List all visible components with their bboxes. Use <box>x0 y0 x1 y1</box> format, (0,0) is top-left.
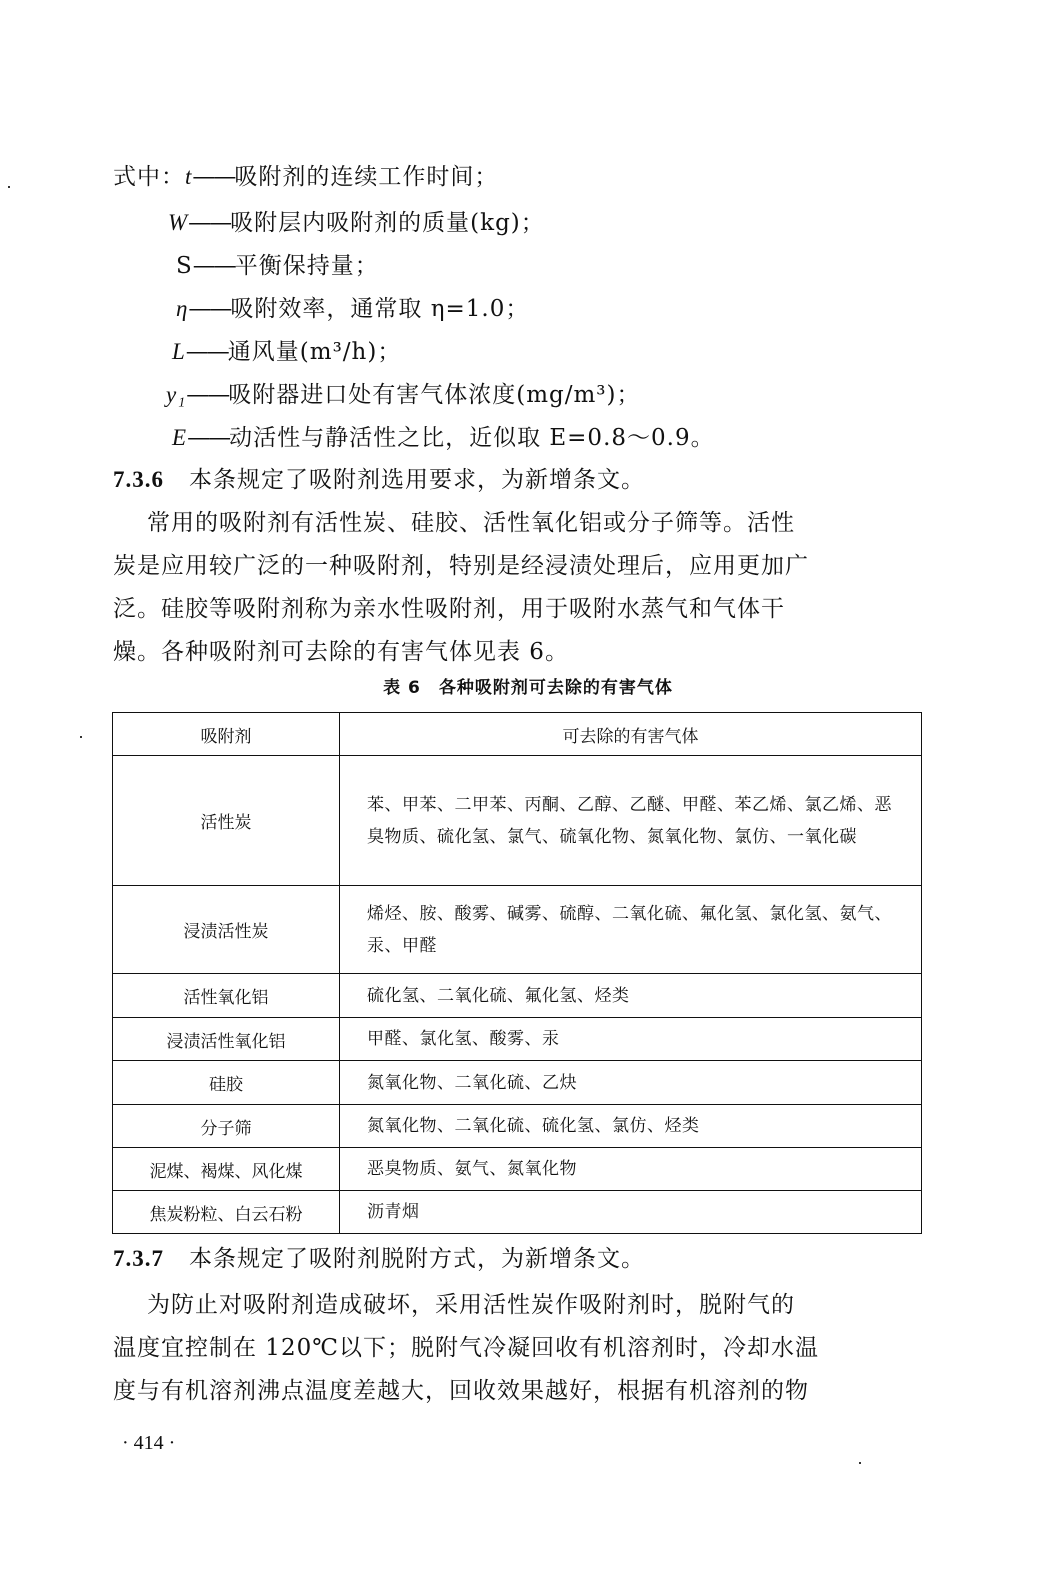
symbol-y1: y₁ <box>166 382 186 407</box>
adsorbent-table: 吸附剂 可去除的有害气体 活性炭 苯、甲苯、二甲苯、丙酮、乙醇、乙醚、甲醛、苯乙… <box>112 712 922 1234</box>
section-number: 7.3.6 <box>113 467 164 492</box>
dash: —— <box>192 164 234 190</box>
symbol-s: S <box>176 253 193 279</box>
formula-note-y1: y₁——吸附器进口处有害气体浓度(mg/m³)； <box>166 380 640 410</box>
table-row: 活性炭 苯、甲苯、二甲苯、丙酮、乙醇、乙醚、甲醛、苯乙烯、氯乙烯、恶臭物质、硫化… <box>113 756 922 886</box>
cell-adsorbent: 分子筛 <box>113 1105 340 1148</box>
section-number: 7.3.7 <box>113 1246 164 1271</box>
cell-gases: 苯、甲苯、二甲苯、丙酮、乙醇、乙醚、甲醛、苯乙烯、氯乙烯、恶臭物质、硫化氢、氯气… <box>340 756 922 886</box>
cell-adsorbent: 活性氧化铝 <box>113 974 340 1018</box>
table-header-row: 吸附剂 可去除的有害气体 <box>113 713 922 756</box>
desc-e: 动活性与静活性之比，近似取 E=0.8～0.9。 <box>229 425 715 451</box>
dash: —— <box>188 296 230 322</box>
desc-s: 平衡保持量； <box>235 253 379 279</box>
cell-gases: 甲醛、氯化氢、酸雾、汞 <box>340 1018 922 1061</box>
table-caption: 表 6 各种吸附剂可去除的有害气体 <box>0 673 1056 698</box>
desc-y1: 吸附器进口处有害气体浓度(mg/m³)； <box>228 382 640 408</box>
desc-t: 吸附剂的连续工作时间； <box>234 164 498 190</box>
symbol-w: W <box>168 210 188 235</box>
scan-speck <box>80 736 82 738</box>
dash: —— <box>186 339 228 365</box>
dash: —— <box>187 425 229 451</box>
cell-adsorbent: 浸渍活性氧化铝 <box>113 1018 340 1061</box>
formula-note-w: W——吸附层内吸附剂的质量(kg)； <box>168 208 545 238</box>
cell-gases: 烯烃、胺、酸雾、碱雾、硫醇、二氧化硫、氟化氢、氯化氢、氨气、汞、甲醛 <box>340 886 922 974</box>
cell-gases: 硫化氢、二氧化硫、氟化氢、烃类 <box>340 974 922 1018</box>
dash: —— <box>186 382 228 408</box>
cell-gases: 氮氧化物、二氧化硫、乙炔 <box>340 1061 922 1105</box>
cell-adsorbent: 焦炭粉粒、白云石粉 <box>113 1191 340 1234</box>
formula-note-e: E——动活性与静活性之比，近似取 E=0.8～0.9。 <box>172 423 715 453</box>
section-heading-736: 7.3.6 本条规定了吸附剂选用要求，为新增条文。 <box>113 465 645 495</box>
header-gases: 可去除的有害气体 <box>340 713 922 756</box>
table-row: 分子筛 氮氧化物、二氧化硫、硫化氢、氯仿、烃类 <box>113 1105 922 1148</box>
section-title: 本条规定了吸附剂脱附方式，为新增条文。 <box>189 1246 645 1272</box>
table-row: 泥煤、褐煤、风化煤 恶臭物质、氨气、氮氧化物 <box>113 1148 922 1191</box>
table-row: 浸渍活性炭 烯烃、胺、酸雾、碱雾、硫醇、二氧化硫、氟化氢、氯化氢、氨气、汞、甲醛 <box>113 886 922 974</box>
dash: —— <box>188 210 230 236</box>
cell-adsorbent: 泥煤、褐煤、风化煤 <box>113 1148 340 1191</box>
cell-gases: 恶臭物质、氨气、氮氧化物 <box>340 1148 922 1191</box>
paragraph-line: 为防止对吸附剂造成破坏，采用活性炭作吸附剂时，脱附气的 <box>147 1290 795 1320</box>
paragraph-line: 炭是应用较广泛的一种吸附剂，特别是经浸渍处理后，应用更加广 <box>113 551 809 581</box>
section-title: 本条规定了吸附剂选用要求，为新增条文。 <box>189 467 645 493</box>
symbol-eta: η <box>176 296 188 321</box>
scan-speck <box>8 186 10 188</box>
dash: —— <box>193 253 235 279</box>
page-number: · 414 · <box>122 1432 175 1455</box>
table-row: 活性氧化铝 硫化氢、二氧化硫、氟化氢、烃类 <box>113 974 922 1018</box>
paragraph-line: 泛。硅胶等吸附剂称为亲水性吸附剂，用于吸附水蒸气和气体干 <box>113 594 785 624</box>
cell-adsorbent: 硅胶 <box>113 1061 340 1105</box>
formula-intro: 式中： <box>113 164 185 190</box>
cell-gases: 氮氧化物、二氧化硫、硫化氢、氯仿、烃类 <box>340 1105 922 1148</box>
paragraph-line: 温度宜控制在 120℃以下；脱附气冷凝回收有机溶剂时，冷却水温 <box>113 1333 819 1363</box>
symbol-l: L <box>172 339 186 364</box>
header-adsorbent: 吸附剂 <box>113 713 340 756</box>
table-row: 硅胶 氮氧化物、二氧化硫、乙炔 <box>113 1061 922 1105</box>
paragraph-line: 燥。各种吸附剂可去除的有害气体见表 6。 <box>113 637 569 667</box>
cell-adsorbent: 活性炭 <box>113 756 340 886</box>
symbol-e: E <box>172 425 187 450</box>
paragraph-line: 度与有机溶剂沸点温度差越大，回收效果越好，根据有机溶剂的物 <box>113 1376 809 1406</box>
scan-speck <box>859 1462 861 1464</box>
formula-note-eta: η——吸附效率，通常取 η=1.0； <box>176 294 529 324</box>
formula-note-t: 式中：t——吸附剂的连续工作时间； <box>113 162 498 192</box>
desc-eta: 吸附效率，通常取 η=1.0； <box>230 296 529 322</box>
table-row: 焦炭粉粒、白云石粉 沥青烟 <box>113 1191 922 1234</box>
table-row: 浸渍活性氧化铝 甲醛、氯化氢、酸雾、汞 <box>113 1018 922 1061</box>
cell-adsorbent: 浸渍活性炭 <box>113 886 340 974</box>
section-heading-737: 7.3.7 本条规定了吸附剂脱附方式，为新增条文。 <box>113 1244 645 1274</box>
cell-gases: 沥青烟 <box>340 1191 922 1234</box>
formula-note-s: S——平衡保持量； <box>176 251 379 281</box>
paragraph-line: 常用的吸附剂有活性炭、硅胶、活性氧化铝或分子筛等。活性 <box>147 508 795 538</box>
desc-w: 吸附层内吸附剂的质量(kg)； <box>230 210 545 236</box>
desc-l: 通风量(m³/h)； <box>228 339 402 365</box>
formula-note-l: L——通风量(m³/h)； <box>172 337 401 367</box>
